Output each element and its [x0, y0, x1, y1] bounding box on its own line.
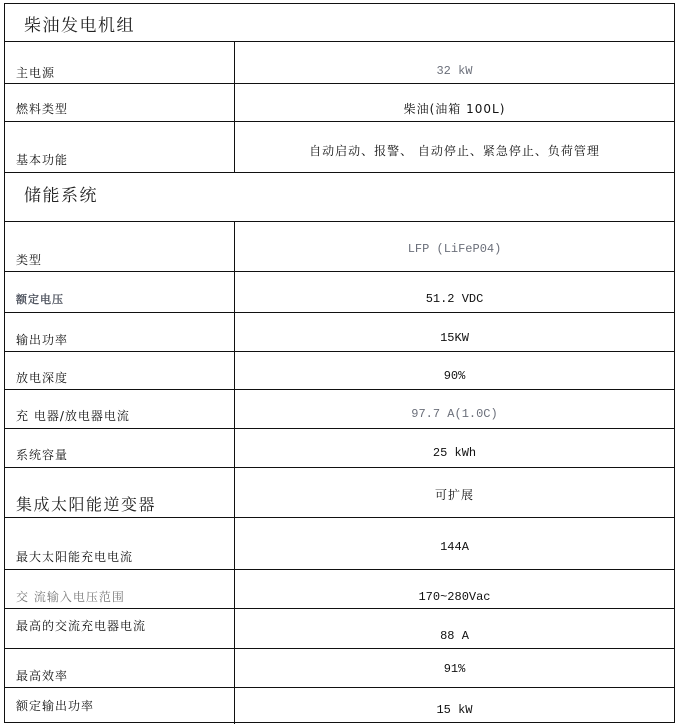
row-value: 柴油(油箱 100L): [235, 100, 674, 117]
value-cell: 可扩展: [235, 468, 674, 517]
label-cell: 集成太阳能逆变器: [5, 468, 235, 517]
value-cell: 51.2 VDC: [235, 272, 674, 312]
value-cell: 144A: [235, 518, 674, 569]
label-cell: 额定输出功率: [5, 688, 235, 724]
value-cell: LFP (LiFeP04): [235, 222, 674, 271]
value-cell: 97.7 A(1.0C): [235, 390, 674, 428]
value-cell: 32 kW: [235, 42, 674, 83]
section-title: 柴油发电机组: [24, 11, 135, 36]
label-cell: 类型: [5, 222, 235, 271]
row-label: 最高效率: [16, 667, 68, 684]
row-label: 基本功能: [16, 151, 68, 168]
label-cell: 燃料类型: [5, 84, 235, 121]
row-value: 25 kWh: [235, 446, 674, 460]
row-label: 主电源: [16, 64, 55, 81]
section-header-solar-inverter: 集成太阳能逆变器 可扩展: [5, 468, 674, 518]
value-cell: 15 kW: [235, 688, 674, 724]
row-label: 类型: [16, 251, 42, 268]
row-value: 97.7 A(1.0C): [235, 407, 674, 421]
spec-table: 柴油发电机组 主电源 32 kW 燃料类型 柴油(油箱 100L) 基本功能 自…: [4, 3, 675, 723]
label-cell: 放电深度: [5, 352, 235, 389]
section-title: 储能系统: [24, 181, 98, 206]
value-cell: 自动启动、报警、 自动停止、紧急停止、负荷管理: [235, 122, 674, 172]
table-row: 主电源 32 kW: [5, 42, 674, 84]
value-cell: 25 kWh: [235, 429, 674, 467]
label-cell: 最高的交流充电器电流: [5, 609, 235, 648]
row-label: 额定输出功率: [16, 697, 94, 714]
table-row: 额定电压 51.2 VDC: [5, 272, 674, 313]
table-row: 放电深度 90%: [5, 352, 674, 390]
row-label: 最大太阳能充电电流: [16, 548, 133, 565]
table-row: 充 电器/放电器电流 97.7 A(1.0C): [5, 390, 674, 429]
row-label: 放电深度: [16, 369, 68, 386]
label-cell: 基本功能: [5, 122, 235, 172]
row-label: 燃料类型: [16, 100, 68, 117]
row-value: 88 A: [235, 629, 674, 643]
row-value: 自动启动、报警、 自动停止、紧急停止、负荷管理: [235, 142, 674, 159]
row-label: 交 流输入电压范围: [16, 588, 125, 605]
row-value: 90%: [235, 369, 674, 383]
label-cell: 交 流输入电压范围: [5, 570, 235, 608]
value-cell: 柴油(油箱 100L): [235, 84, 674, 121]
row-value: 可扩展: [235, 486, 674, 503]
value-cell: 170~280Vac: [235, 570, 674, 608]
table-row: 最高的交流充电器电流 88 A: [5, 609, 674, 649]
row-label: 系统容量: [16, 446, 68, 463]
row-value: 32 kW: [235, 64, 674, 78]
table-row: 基本功能 自动启动、报警、 自动停止、紧急停止、负荷管理: [5, 122, 674, 173]
row-value: 91%: [235, 662, 674, 676]
label-cell: 额定电压: [5, 272, 235, 312]
section-title: 集成太阳能逆变器: [16, 492, 156, 515]
label-cell: 最高效率: [5, 649, 235, 687]
label-cell: 充 电器/放电器电流: [5, 390, 235, 428]
label-cell: 主电源: [5, 42, 235, 83]
row-value: 144A: [235, 540, 674, 554]
table-row: 系统容量 25 kWh: [5, 429, 674, 468]
row-value: 170~280Vac: [235, 590, 674, 604]
value-cell: 15KW: [235, 313, 674, 351]
row-value: 15KW: [235, 331, 674, 345]
section-header-energy-storage: 储能系统: [5, 173, 674, 222]
table-row: 最高效率 91%: [5, 649, 674, 688]
table-row: 最大太阳能充电电流 144A: [5, 518, 674, 570]
row-label: 输出功率: [16, 331, 68, 348]
value-cell: 90%: [235, 352, 674, 389]
table-row: 输出功率 15KW: [5, 313, 674, 352]
row-label: 充 电器/放电器电流: [16, 407, 130, 424]
row-label: 额定电压: [16, 291, 64, 307]
table-row: 类型 LFP (LiFeP04): [5, 222, 674, 272]
row-value: LFP (LiFeP04): [235, 242, 674, 256]
section-header-diesel-generator: 柴油发电机组: [5, 4, 674, 42]
value-cell: 91%: [235, 649, 674, 687]
row-value: 15 kW: [235, 703, 674, 717]
label-cell: 最大太阳能充电电流: [5, 518, 235, 569]
row-value: 51.2 VDC: [235, 292, 674, 306]
value-cell: 88 A: [235, 609, 674, 648]
table-row: 额定输出功率 15 kW: [5, 688, 674, 724]
row-label: 最高的交流充电器电流: [16, 617, 146, 634]
table-row: 交 流输入电压范围 170~280Vac: [5, 570, 674, 609]
label-cell: 输出功率: [5, 313, 235, 351]
table-row: 燃料类型 柴油(油箱 100L): [5, 84, 674, 122]
label-cell: 系统容量: [5, 429, 235, 467]
